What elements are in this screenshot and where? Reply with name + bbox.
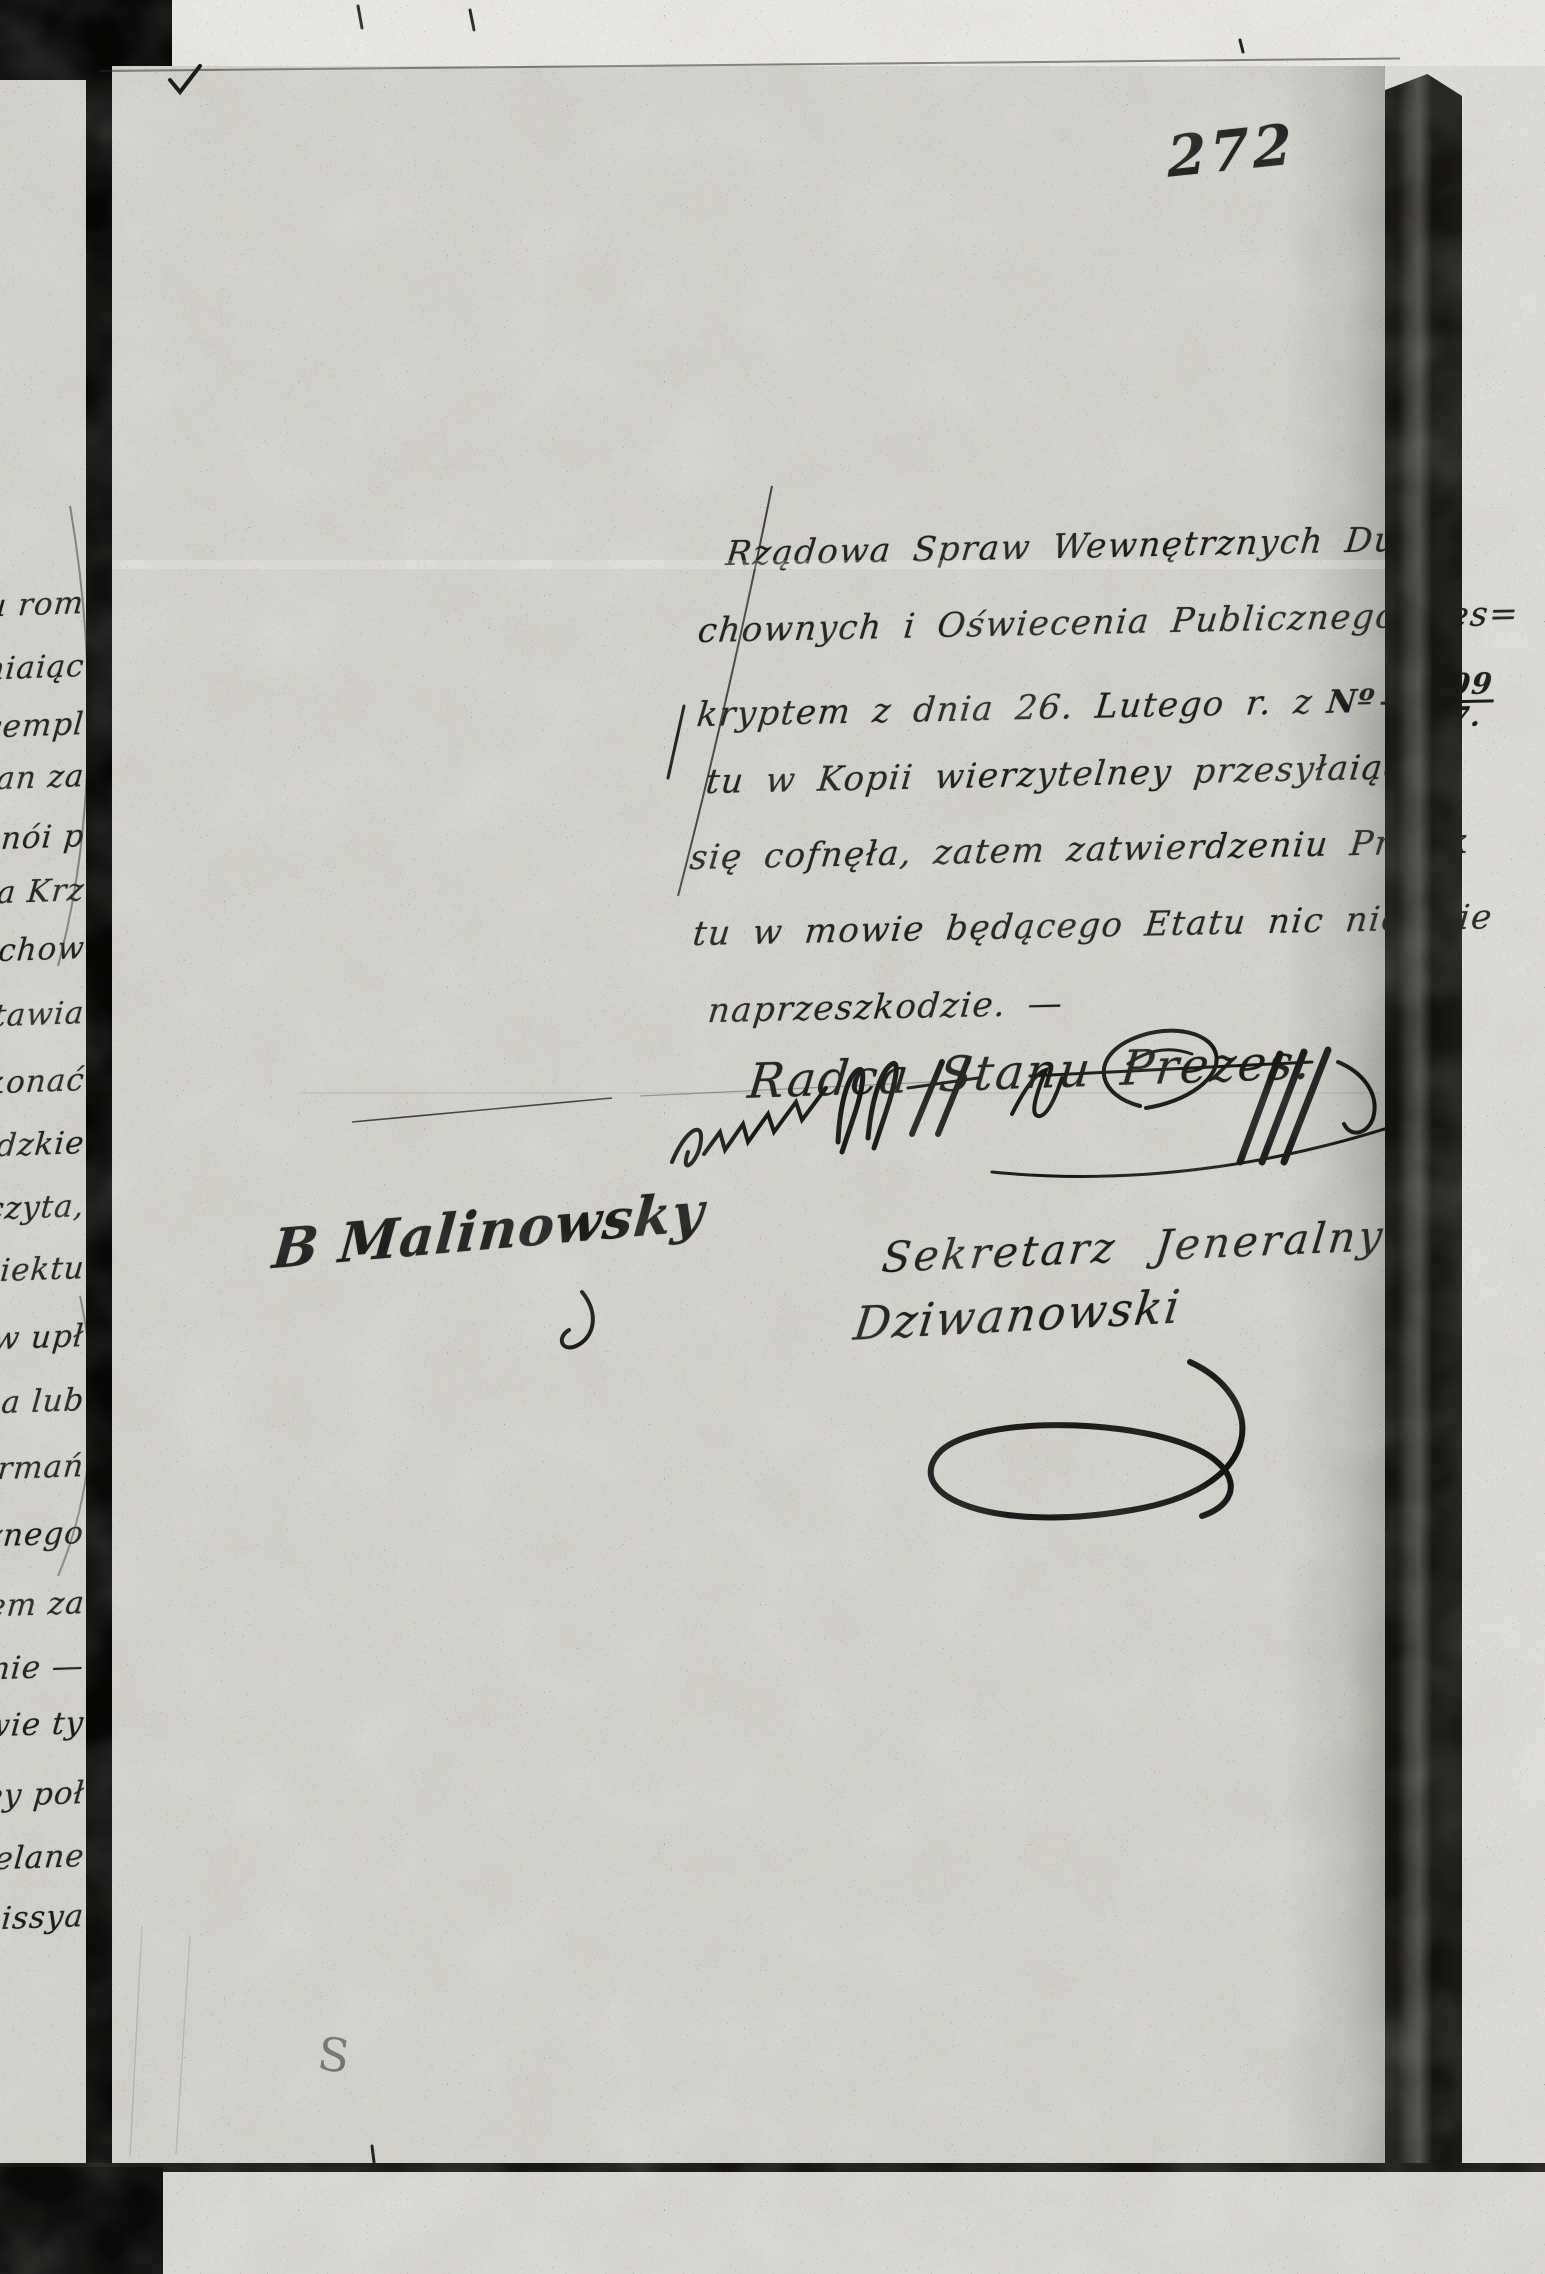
manuscript-line: tu w mowie będącego Etatu nic niestaie (691, 897, 1495, 954)
manuscript-line: naprzeszkodzie. — (706, 984, 1065, 1032)
paper-scratches (130, 1926, 190, 2156)
margin-fragment: konać (0, 1062, 86, 1102)
margin-fragment: ew upł (0, 1318, 86, 1358)
margin-fragment: em za (0, 1585, 86, 1625)
page-number: 272 (1166, 111, 1297, 191)
left-signature-tail (562, 1292, 593, 1347)
margin-fragment: czyta, (0, 1188, 86, 1228)
manuscript-line: tu w Kopii wierzytelney przesyłaiącem (704, 746, 1462, 802)
scanned-archive-image: { "document": { "page_number": "272", "b… (0, 0, 1545, 2274)
margin-fragment: cznego (0, 1515, 86, 1555)
pencil-mark: S (314, 2026, 353, 2084)
margin-fragment: wie ty (0, 1705, 86, 1745)
signature-flourish-loop (931, 1362, 1243, 1517)
margin-fragment: tawia (0, 995, 86, 1034)
margin-fragment: niu rom (0, 585, 86, 626)
margin-fragment: ey poł (0, 1775, 86, 1815)
left-signature: B Malinowsky (270, 1179, 707, 1281)
margin-fragment: a lub (0, 1382, 86, 1421)
previous-page-margin: niu romniaiącexcemplhan zahonói pya Krzu… (0, 66, 88, 2167)
manuscript-line: kryptem z dnia 26. Lutego r. zNº11509249… (694, 669, 1497, 747)
stray-pen-line (352, 1098, 612, 1122)
margin-fragment: biektu (0, 1250, 86, 1290)
margin-fragment: ya Krz (0, 872, 86, 912)
upper-page-edge-band (0, 0, 1545, 66)
bottom-page-edge (0, 2163, 1545, 2172)
right-binding-strip (1385, 74, 1462, 2172)
book-gutter-binding (86, 0, 114, 2170)
manuscript-page: 272 Rządowa Spraw Wewnętrznych Du= chown… (112, 66, 1385, 2167)
margin-fragment: issya (0, 1898, 86, 1937)
insertion-mark (668, 706, 684, 778)
manuscript-line: się cofnęła, zatem zatwierdzeniu Proiek (688, 822, 1472, 878)
secretary-title: Sekretarz Jeneralny (879, 1211, 1388, 1282)
margin-fragment: rzelane (0, 1838, 86, 1878)
lower-page-strip (0, 2172, 1545, 2274)
paper-crease (300, 1092, 1380, 1094)
margin-fragment: anie — (0, 1648, 86, 1688)
margin-fragment: niaiąc (0, 648, 86, 688)
paper-crease (112, 560, 1385, 569)
bottom-left-binding (0, 2167, 163, 2274)
reference-prefix: Nº (1325, 682, 1377, 721)
margin-fragment: honói p (0, 818, 86, 858)
margin-fragment: excempl (0, 706, 86, 747)
margin-fragment: han za (0, 758, 86, 798)
margin-fragment: rmań (0, 1448, 86, 1487)
ink-tick (372, 2146, 374, 2162)
margin-fragment: uchow (0, 930, 86, 970)
manuscript-line-text: kryptem z dnia 26. Lutego r. z (695, 682, 1315, 735)
secretary-signature: Dziwanowski (851, 1279, 1185, 1351)
closing-title: Radca Stanu Prezes. (745, 1034, 1315, 1110)
ink-strokes-layer (112, 66, 1385, 2167)
margin-fragment: dzkie (0, 1125, 86, 1164)
